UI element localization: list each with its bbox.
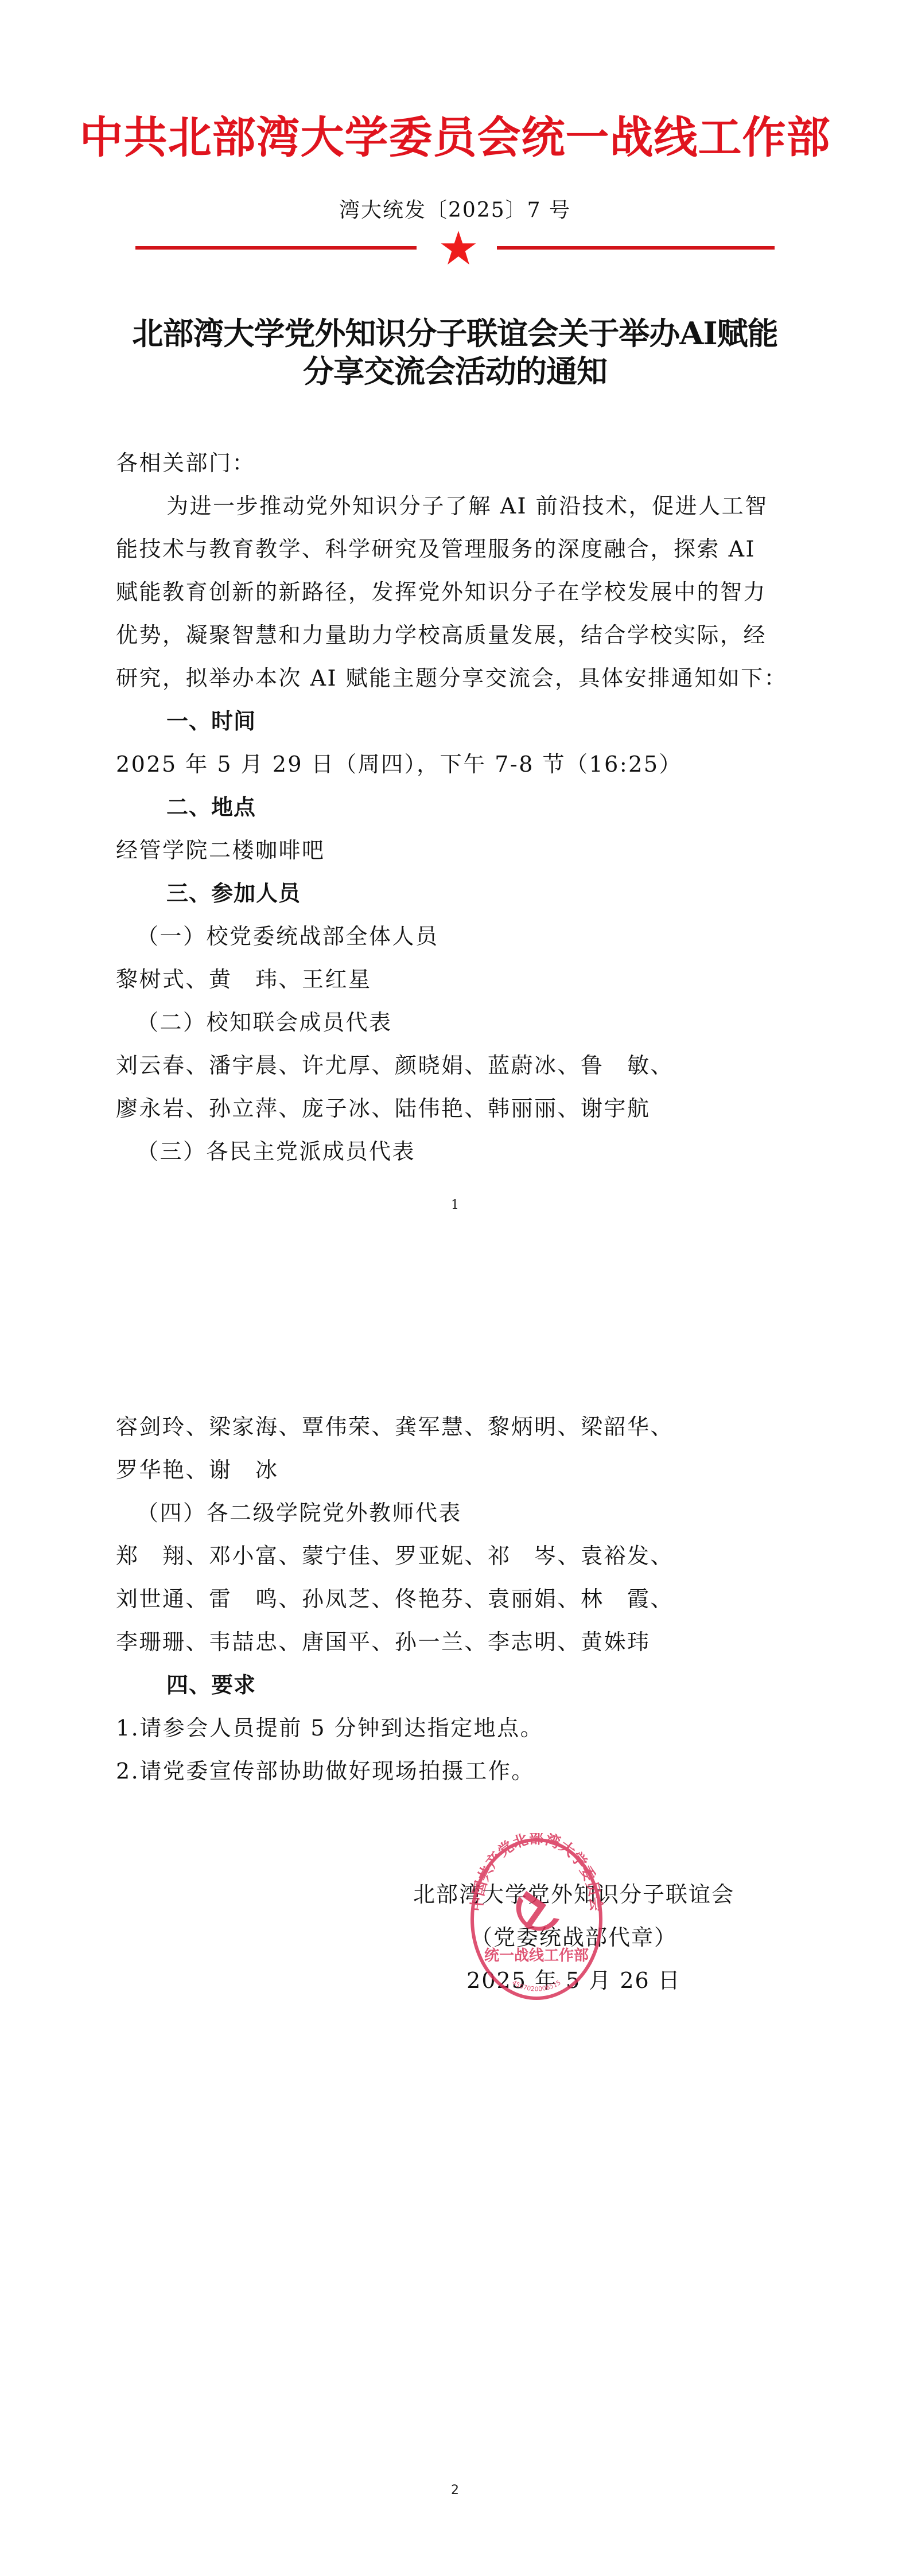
participant-names: 黎树式、黄 玮、王红星: [116, 958, 804, 1001]
seal-serial: 4507020006515: [511, 1979, 562, 1993]
section-heading-time: 一、时间: [116, 700, 804, 743]
svg-text:4507020006515: 4507020006515: [511, 1979, 562, 1993]
page-number: 2: [0, 2483, 910, 2497]
document-title: 北部湾大学党外知识分子联谊会关于举办AI赋能 分享交流会活动的通知: [0, 314, 910, 390]
participant-names: 罗华艳、谢 冰: [116, 1449, 804, 1492]
section-heading-participants: 三、参加人员: [116, 872, 804, 915]
section-heading-requirements: 四、要求: [116, 1664, 804, 1707]
participant-names: 廖永岩、孙立萍、庞子冰、陆伟艳、韩丽丽、谢宇航: [116, 1087, 804, 1130]
event-location: 经管学院二楼咖啡吧: [116, 829, 804, 872]
requirement-item: 2.请党委宣传部协助做好现场拍摄工作。: [116, 1750, 804, 1793]
page-1-body: 各相关部门： 为进一步推动党外知识分子了解 AI 前沿技术，促进人工智 能技术与…: [116, 442, 804, 1173]
participant-names: 李珊珊、韦喆忠、唐国平、孙一兰、李志明、黄姝玮: [116, 1621, 804, 1664]
party-emblem-icon: [516, 1891, 559, 1931]
title-line-1: 北部湾大学党外知识分子联谊会关于举办AI赋能: [0, 314, 910, 352]
page-2-body: 容剑玲、梁家海、覃伟荣、龚军慧、黎炳明、梁韶华、 罗华艳、谢 冰 （四）各二级学…: [116, 1406, 804, 1793]
salutation: 各相关部门：: [116, 442, 804, 485]
participant-names: 刘云春、潘宇晨、许尤厚、颜晓娟、蓝蔚冰、鲁 敏、: [116, 1044, 804, 1087]
official-seal-icon: 中国共产党北部湾大学委员会 统一战线工作部 4507020006515: [465, 1833, 608, 2005]
event-time: 2025 年 5 月 29 日（周四），下午 7-8 节（16:25）: [116, 743, 804, 786]
participant-group-label: （三）各民主党派成员代表: [116, 1130, 804, 1173]
red-divider-right: [497, 246, 775, 250]
red-star-icon: [441, 231, 476, 265]
document-number: 湾大统发〔2025〕7 号: [0, 196, 910, 225]
participant-group-label: （二）校知联会成员代表: [116, 1001, 804, 1044]
intro-line: 优势，凝聚智慧和力量助力学校高质量发展，结合学校实际，经: [116, 614, 804, 657]
participant-group-label: （一）校党委统战部全体人员: [116, 915, 804, 958]
participant-group-label: （四）各二级学院党外教师代表: [116, 1492, 804, 1535]
intro-line: 能技术与教育教学、科学研究及管理服务的深度融合，探索 AI: [116, 528, 804, 571]
red-divider-left: [135, 246, 417, 250]
section-heading-location: 二、地点: [116, 786, 804, 829]
org-header: 中共北部湾大学委员会统一战线工作部: [0, 112, 910, 164]
intro-line: 研究，拟举办本次 AI 赋能主题分享交流会，具体安排通知如下：: [116, 657, 804, 700]
page-1: 中共北部湾大学委员会统一战线工作部 湾大统发〔2025〕7 号 北部湾大学党外知…: [0, 0, 910, 1288]
participant-names: 刘世通、雷 鸣、孙凤芝、佟艳芬、袁丽娟、林 霞、: [116, 1578, 804, 1621]
page-number: 1: [0, 1198, 910, 1212]
participant-names: 容剑玲、梁家海、覃伟荣、龚军慧、黎炳明、梁韶华、: [116, 1406, 804, 1449]
intro-line: 为进一步推动党外知识分子了解 AI 前沿技术，促进人工智: [116, 485, 804, 528]
intro-line: 赋能教育创新的新路径，发挥党外知识分子在学校发展中的智力: [116, 571, 804, 614]
seal-inner-text: 统一战线工作部: [484, 1947, 589, 1964]
requirement-item: 1.请参会人员提前 5 分钟到达指定地点。: [116, 1707, 804, 1750]
participant-names: 郑 翔、邓小富、蒙宁佳、罗亚妮、祁 岑、袁裕发、: [116, 1535, 804, 1578]
title-line-2: 分享交流会活动的通知: [0, 352, 910, 390]
